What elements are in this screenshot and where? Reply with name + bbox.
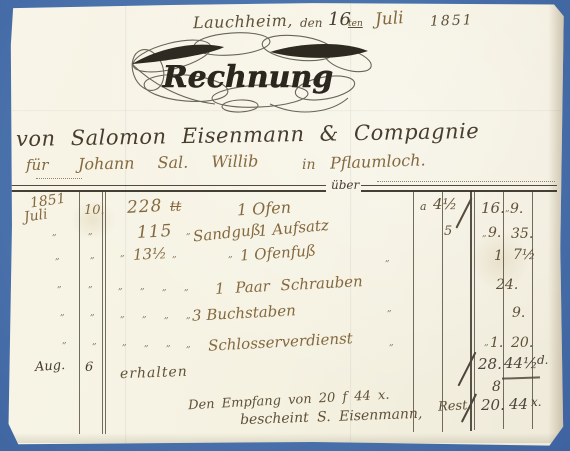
ditto-mark: „ <box>389 338 394 348</box>
ditto-mark: „ <box>122 338 127 348</box>
ditto-mark: „ <box>164 311 169 321</box>
ditto-mark: „ <box>140 282 145 292</box>
entry-day: 10. <box>84 204 105 217</box>
column-rule <box>503 191 504 429</box>
column-rule <box>102 191 103 434</box>
ditto-mark: „ <box>162 283 167 293</box>
subtraction-line <box>502 376 540 379</box>
price-value: 5 <box>444 225 452 238</box>
dotted-leader <box>377 181 555 182</box>
gulden-amount: 1. <box>490 336 503 350</box>
column-rule <box>470 191 472 431</box>
price-at: a <box>420 201 427 212</box>
kreuzer-amount: 7½ <box>513 248 535 262</box>
rest-unit: x. <box>531 396 542 408</box>
ditto-mark: „ <box>57 280 62 290</box>
customer-name: Johann Sal. Willib <box>78 153 259 172</box>
item-description: 1 Ofenfuß <box>240 243 317 263</box>
ditto-mark: „ <box>186 227 191 237</box>
ditto-mark: „ <box>387 304 392 314</box>
kreuzer-amount: 24. <box>496 278 518 292</box>
qty-value: 228 <box>127 198 163 217</box>
signature-line: bescheint S. Eisenmann, <box>240 407 423 427</box>
kreuzer-amount: 9. <box>512 306 525 320</box>
ditto-mark: „ <box>166 339 171 349</box>
ditto-mark: „ <box>505 204 510 214</box>
rest-kreuzer: 44 <box>509 397 528 412</box>
dotted-leader <box>36 178 82 179</box>
bottom-edge-shadow <box>0 433 570 443</box>
column-rule <box>105 191 106 434</box>
scanned-invoice-page: { "palette":{ "backdrop_blue":"#4a72ab",… <box>0 0 570 451</box>
kreuzer-amount: 35. <box>511 227 533 241</box>
date-prefix: den <box>300 17 323 29</box>
item-description: 1 Paar Schrauben <box>215 274 363 297</box>
for-in: in <box>302 158 316 172</box>
ditto-mark: „ <box>144 339 149 349</box>
pound-unit: tt <box>170 200 181 214</box>
column-rule <box>413 191 414 432</box>
ueber-label: über <box>331 179 359 191</box>
column-rule <box>79 191 80 434</box>
torn-right-edge <box>548 0 564 451</box>
gulden-amount: 1 <box>494 249 503 263</box>
ditto-mark: „ <box>385 254 390 264</box>
ditto-mark: „ <box>118 282 123 292</box>
ditto-mark: „ <box>88 280 93 290</box>
kreuzer-amount: 20. <box>511 336 533 350</box>
ditto-mark: „ <box>186 340 191 350</box>
ditto-mark: „ <box>55 252 60 262</box>
ditto-mark: „ <box>52 228 57 238</box>
ditto-mark: „ <box>92 337 97 347</box>
ditto-mark: „ <box>228 250 233 260</box>
item-description: 1 Ofen <box>237 200 292 219</box>
received-note: erhalten <box>120 365 188 381</box>
received-month: Aug. <box>35 359 66 374</box>
date-year: 1851 <box>430 13 474 29</box>
item-description-prefix: Sandguß <box>192 222 261 244</box>
rest-gulden: 20. <box>481 398 505 413</box>
ditto-mark: „ <box>120 310 125 320</box>
column-rule <box>442 191 443 432</box>
ditto-mark: „ <box>88 227 93 237</box>
invoice-paper: Lauchheim, den 16 ten Juli 1851 Rechnung… <box>0 0 570 451</box>
document-title: Rechnung <box>162 60 334 95</box>
ditto-mark: „ <box>482 229 487 239</box>
ditto-mark: „ <box>142 310 147 320</box>
entry-month: Juli <box>23 207 48 224</box>
item-description: Schlosserverdienst <box>208 331 353 354</box>
deduction-value: 8 <box>492 380 501 394</box>
price-value: 4½ <box>433 197 457 212</box>
seller-line: von Salomon Eisenmann & Compagnie <box>16 121 480 150</box>
divider-rule-right <box>361 185 557 192</box>
received-day: 6 <box>85 361 93 374</box>
gulden-amount: 9. <box>488 226 501 240</box>
ditto-mark: „ <box>484 338 489 348</box>
ditto-mark: „ <box>186 311 191 321</box>
date-month: Juli <box>374 10 404 29</box>
rest-label: Rest <box>438 399 468 414</box>
item-description: 3 Buchstaben <box>192 303 297 323</box>
kreuzer-amount: 9. <box>510 202 523 216</box>
ditto-mark: „ <box>60 308 65 318</box>
gulden-amount: 16. <box>481 201 505 216</box>
ditto-mark: „ <box>90 251 95 261</box>
total-kreuzer: 44½ <box>504 356 538 371</box>
ditto-mark: „ <box>184 283 189 293</box>
ditto-mark: „ <box>120 249 125 259</box>
ditto-mark: „ <box>90 308 95 318</box>
place-name: Lauchheim, <box>193 13 293 32</box>
qty-value: 13½ <box>133 246 167 263</box>
ditto-mark: „ <box>172 250 177 260</box>
total-gulden: 28. <box>478 357 502 372</box>
item-description: 1 Aufsatz <box>257 218 329 239</box>
qty-value: 115 <box>137 223 173 242</box>
for-prefix: für <box>26 158 48 173</box>
customer-place: Pflaumloch. <box>330 152 426 171</box>
title-flourish: Rechnung <box>120 30 380 114</box>
ditto-mark: „ <box>62 336 67 346</box>
date-day-suffix: ten <box>348 20 363 29</box>
total-unit: d. <box>537 354 549 366</box>
